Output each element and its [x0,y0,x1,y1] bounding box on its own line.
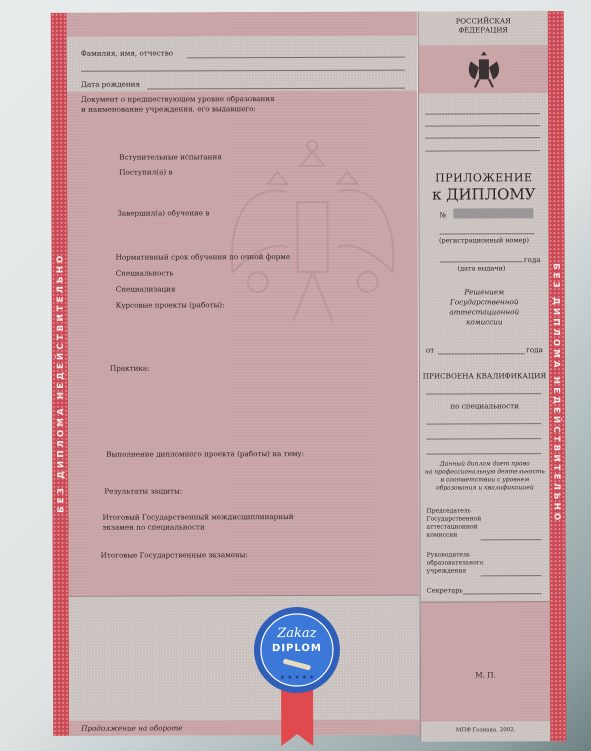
year-label: года [524,255,541,264]
seal-line-1: Zakaz [253,626,341,641]
chair-label: Председатель [426,507,470,514]
decision-label-3: аттестационной [420,307,549,316]
graduated-label: Завершил(а) обучение в [117,208,209,217]
from-label: от [426,346,434,355]
strip-text: БЕЗ ДИПЛОМА НЕДЕЙСТВИТЕЛЬНО [551,263,562,523]
rights-text-4: образования и квалификацией [420,484,549,491]
defense-results-label: Результаты защиты: [104,486,182,495]
practice-label: Практика: [110,364,150,373]
svg-text:★ ★ ★ ★ ★: ★ ★ ★ ★ ★ [280,674,315,681]
final-exams-label: Итоговые Государственные экзамены: [101,550,248,560]
year-label-2: года [526,345,543,354]
redacted-number [453,208,533,218]
reg-number-caption: (регистрационный номер) [420,236,549,244]
stamp-label: М. П. [421,670,550,679]
coat-of-arms-icon [467,49,501,89]
head-label-3: учреждения [427,567,466,574]
enrolled-label: Поступил(а) в [119,167,172,176]
specialty-label: Специальность [116,268,174,277]
zakaz-diplom-seal: ★ ★ ★ ★ ★ Zakaz DIPLOM [253,606,341,746]
head-label: Руководитель [427,551,471,558]
specialization-label: Специализация [116,284,176,293]
specialty-label: по специальности [420,401,549,410]
final-exam-label: Итоговый Государственный междисциплинарн… [102,512,293,522]
chair-label-4: комиссии [427,531,458,538]
head-label-2: образовательного [427,559,484,566]
rights-text-3: в соответствии с уровнем [420,476,549,483]
diploma-supplement-sheet: БЕЗ ДИПЛОМА НЕДЕЙСТВИТЕЛЬНО Фамилия, имя… [31,9,574,746]
decision-label: Решением [420,287,549,296]
qualification-label: ПРИСВОЕНА КВАЛИФИКАЦИЯ [420,371,549,380]
normative-term-label: Нормативный срок обучения по очной форме [116,252,291,262]
main-panel: Фамилия, имя, отчество Дата рождения Док… [67,12,420,736]
rights-text-2: на профессиональную деятельность [420,468,549,475]
secretary-label: Секретарь [427,586,463,594]
entrance-exams-label: Вступительные испытания [119,152,222,161]
birth-date-label: Дата рождения [81,80,140,89]
title-label: ПРИЛОЖЕНИЕ [419,171,548,184]
side-panel: РОССИЙСКАЯ ФЕДЕРАЦИЯ ПРИЛОЖЕНИЕ к ДИПЛОМ… [418,11,551,741]
prev-doc-label-2: и наименование учреждения, его выдавшего… [81,104,256,114]
full-name-label: Фамилия, имя, отчество [81,48,173,57]
number-label: № [439,210,446,219]
coat-of-arms-watermark-icon [217,132,408,353]
strip-text: БЕЗ ДИПЛОМА НЕДЕЙСТВИТЕЛЬНО [56,253,67,513]
printer-label: МПФ Гознака. 2002. [421,727,550,733]
prev-doc-label: Документ о предшествующем уровне образов… [81,94,275,104]
rights-text: Данный диплом дает право [420,460,549,467]
country-label-2: ФЕДЕРАЦИЯ [419,26,548,34]
country-label: РОССИЙСКАЯ [419,17,548,25]
chair-label-2: Государственной [426,515,481,522]
right-security-strip: БЕЗ ДИПЛОМА НЕДЕЙСТВИТЕЛЬНО [548,11,567,741]
title-label-2: к ДИПЛОМУ [419,185,548,203]
personal-info-block: Фамилия, имя, отчество Дата рождения [67,36,417,92]
decision-label-2: Государственной [420,297,549,306]
course-projects-label: Курсовые проекты (работы): [116,300,225,309]
bottom-grey-block [69,595,419,722]
seal-line-2: DIPLOM [253,643,341,654]
final-exam-label-2: экзамен по специальности [103,522,205,531]
chair-label-3: аттестационной [427,523,478,530]
decision-label-4: комиссии [420,317,549,326]
thesis-label: Выполнение дипломного проекта (работы) н… [106,449,304,459]
issue-date-caption: (дата выдачи) [458,264,506,272]
continued-label: Продолжение на обороте [81,723,182,732]
